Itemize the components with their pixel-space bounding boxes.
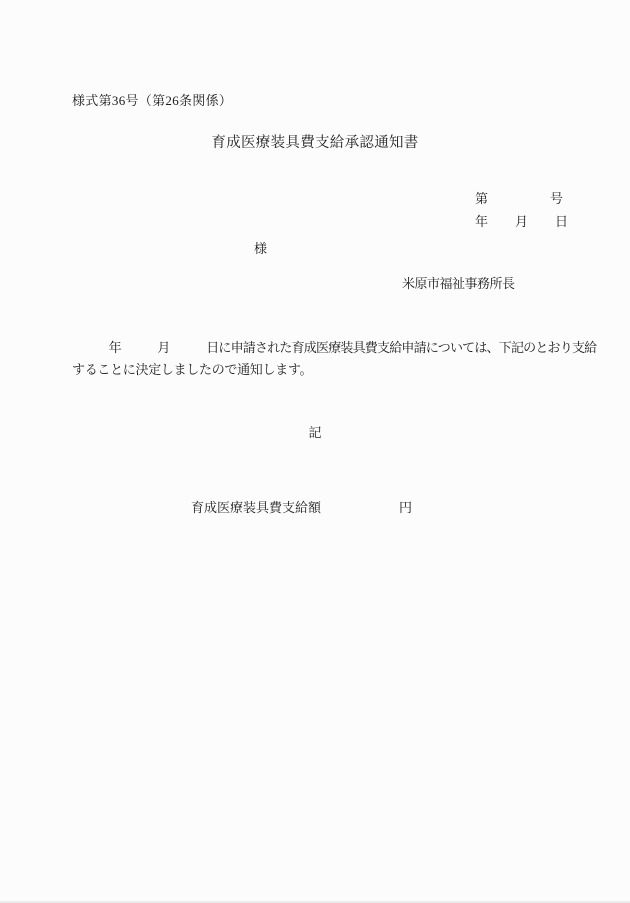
amount-blank	[321, 511, 399, 512]
document-page: 様式第36号（第26条関係） 育成医療装具費支給承認通知書 第号 年月日 様 米…	[0, 0, 630, 903]
sender-title: 米原市福祉事務所長	[402, 277, 515, 291]
date-day-label: 日	[555, 214, 568, 229]
document-title: 育成医療装具費支給承認通知書	[0, 136, 630, 152]
date-month-blank	[528, 225, 555, 226]
amount-label: 育成医療装具費支給額	[191, 500, 321, 515]
date-year-label: 年	[475, 214, 488, 229]
form-number-note: 様式第36号（第26条関係）	[72, 94, 232, 108]
body-text-line-2: することに決定しましたので通知します。	[72, 363, 312, 377]
date-month-label: 月	[515, 214, 528, 229]
amount-line: 育成医療装具費支給額円	[178, 487, 412, 530]
issue-date-line: 年月日	[462, 201, 568, 244]
record-marker: 記	[0, 426, 630, 440]
amount-unit: 円	[399, 500, 412, 515]
body-text-line-1: 年 月 日に申請された育成医療装具費支給申請については、下記のとおり支給	[72, 341, 596, 355]
date-year-blank	[488, 225, 515, 226]
addressee-honorific: 様	[254, 242, 267, 256]
